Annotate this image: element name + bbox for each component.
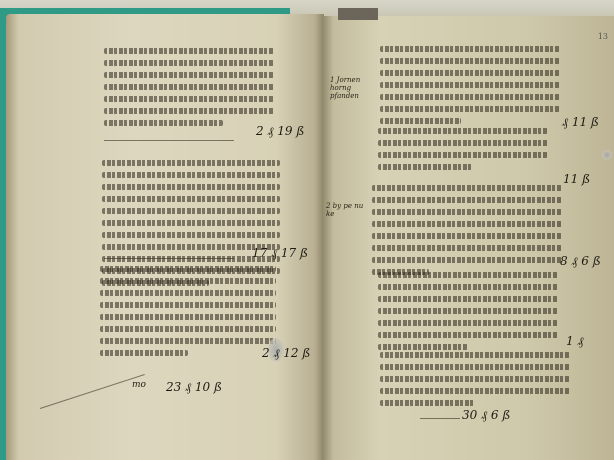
right-entry-4-amount: 1 ₰ — [566, 334, 583, 349]
left-entry-1 — [104, 48, 274, 132]
entry-divider — [104, 258, 234, 259]
left-total-amount: 23 ₰ 10 ß — [166, 380, 222, 395]
left-entry-2-amount: 17 ₰ 17 ß — [252, 246, 308, 261]
right-entry-3-margin-note: 2 by pe nu ke — [326, 202, 372, 218]
left-entry-1-amount: 2 ₰ 19 ß — [256, 124, 304, 139]
flourish — [420, 418, 460, 419]
page-mark — [602, 150, 612, 160]
right-total-amount: 30 ₰ 6 ß — [462, 408, 510, 423]
right-entry-1-margin-note: 1 Jornen horng pfanden — [330, 76, 378, 100]
folio-number: 13 — [598, 32, 608, 41]
right-entry-3 — [372, 185, 562, 281]
left-entry-3-amount: 2 ₰ 12 ß — [262, 346, 310, 361]
right-entry-2 — [378, 128, 548, 176]
right-entry-3-amount: 8 ₰ 6 ß — [560, 254, 601, 269]
right-entry-2-amount: 11 ß — [563, 172, 590, 186]
right-entry-4 — [378, 272, 558, 356]
left-total-prefix: mo — [132, 380, 146, 390]
left-entry-3 — [100, 266, 276, 362]
right-entry-1 — [380, 46, 560, 130]
entry-divider — [104, 140, 234, 141]
paper-scrap — [338, 8, 378, 20]
right-entry-1-amount: ₰ 11 ß — [562, 115, 599, 130]
right-entry-5 — [380, 352, 570, 412]
